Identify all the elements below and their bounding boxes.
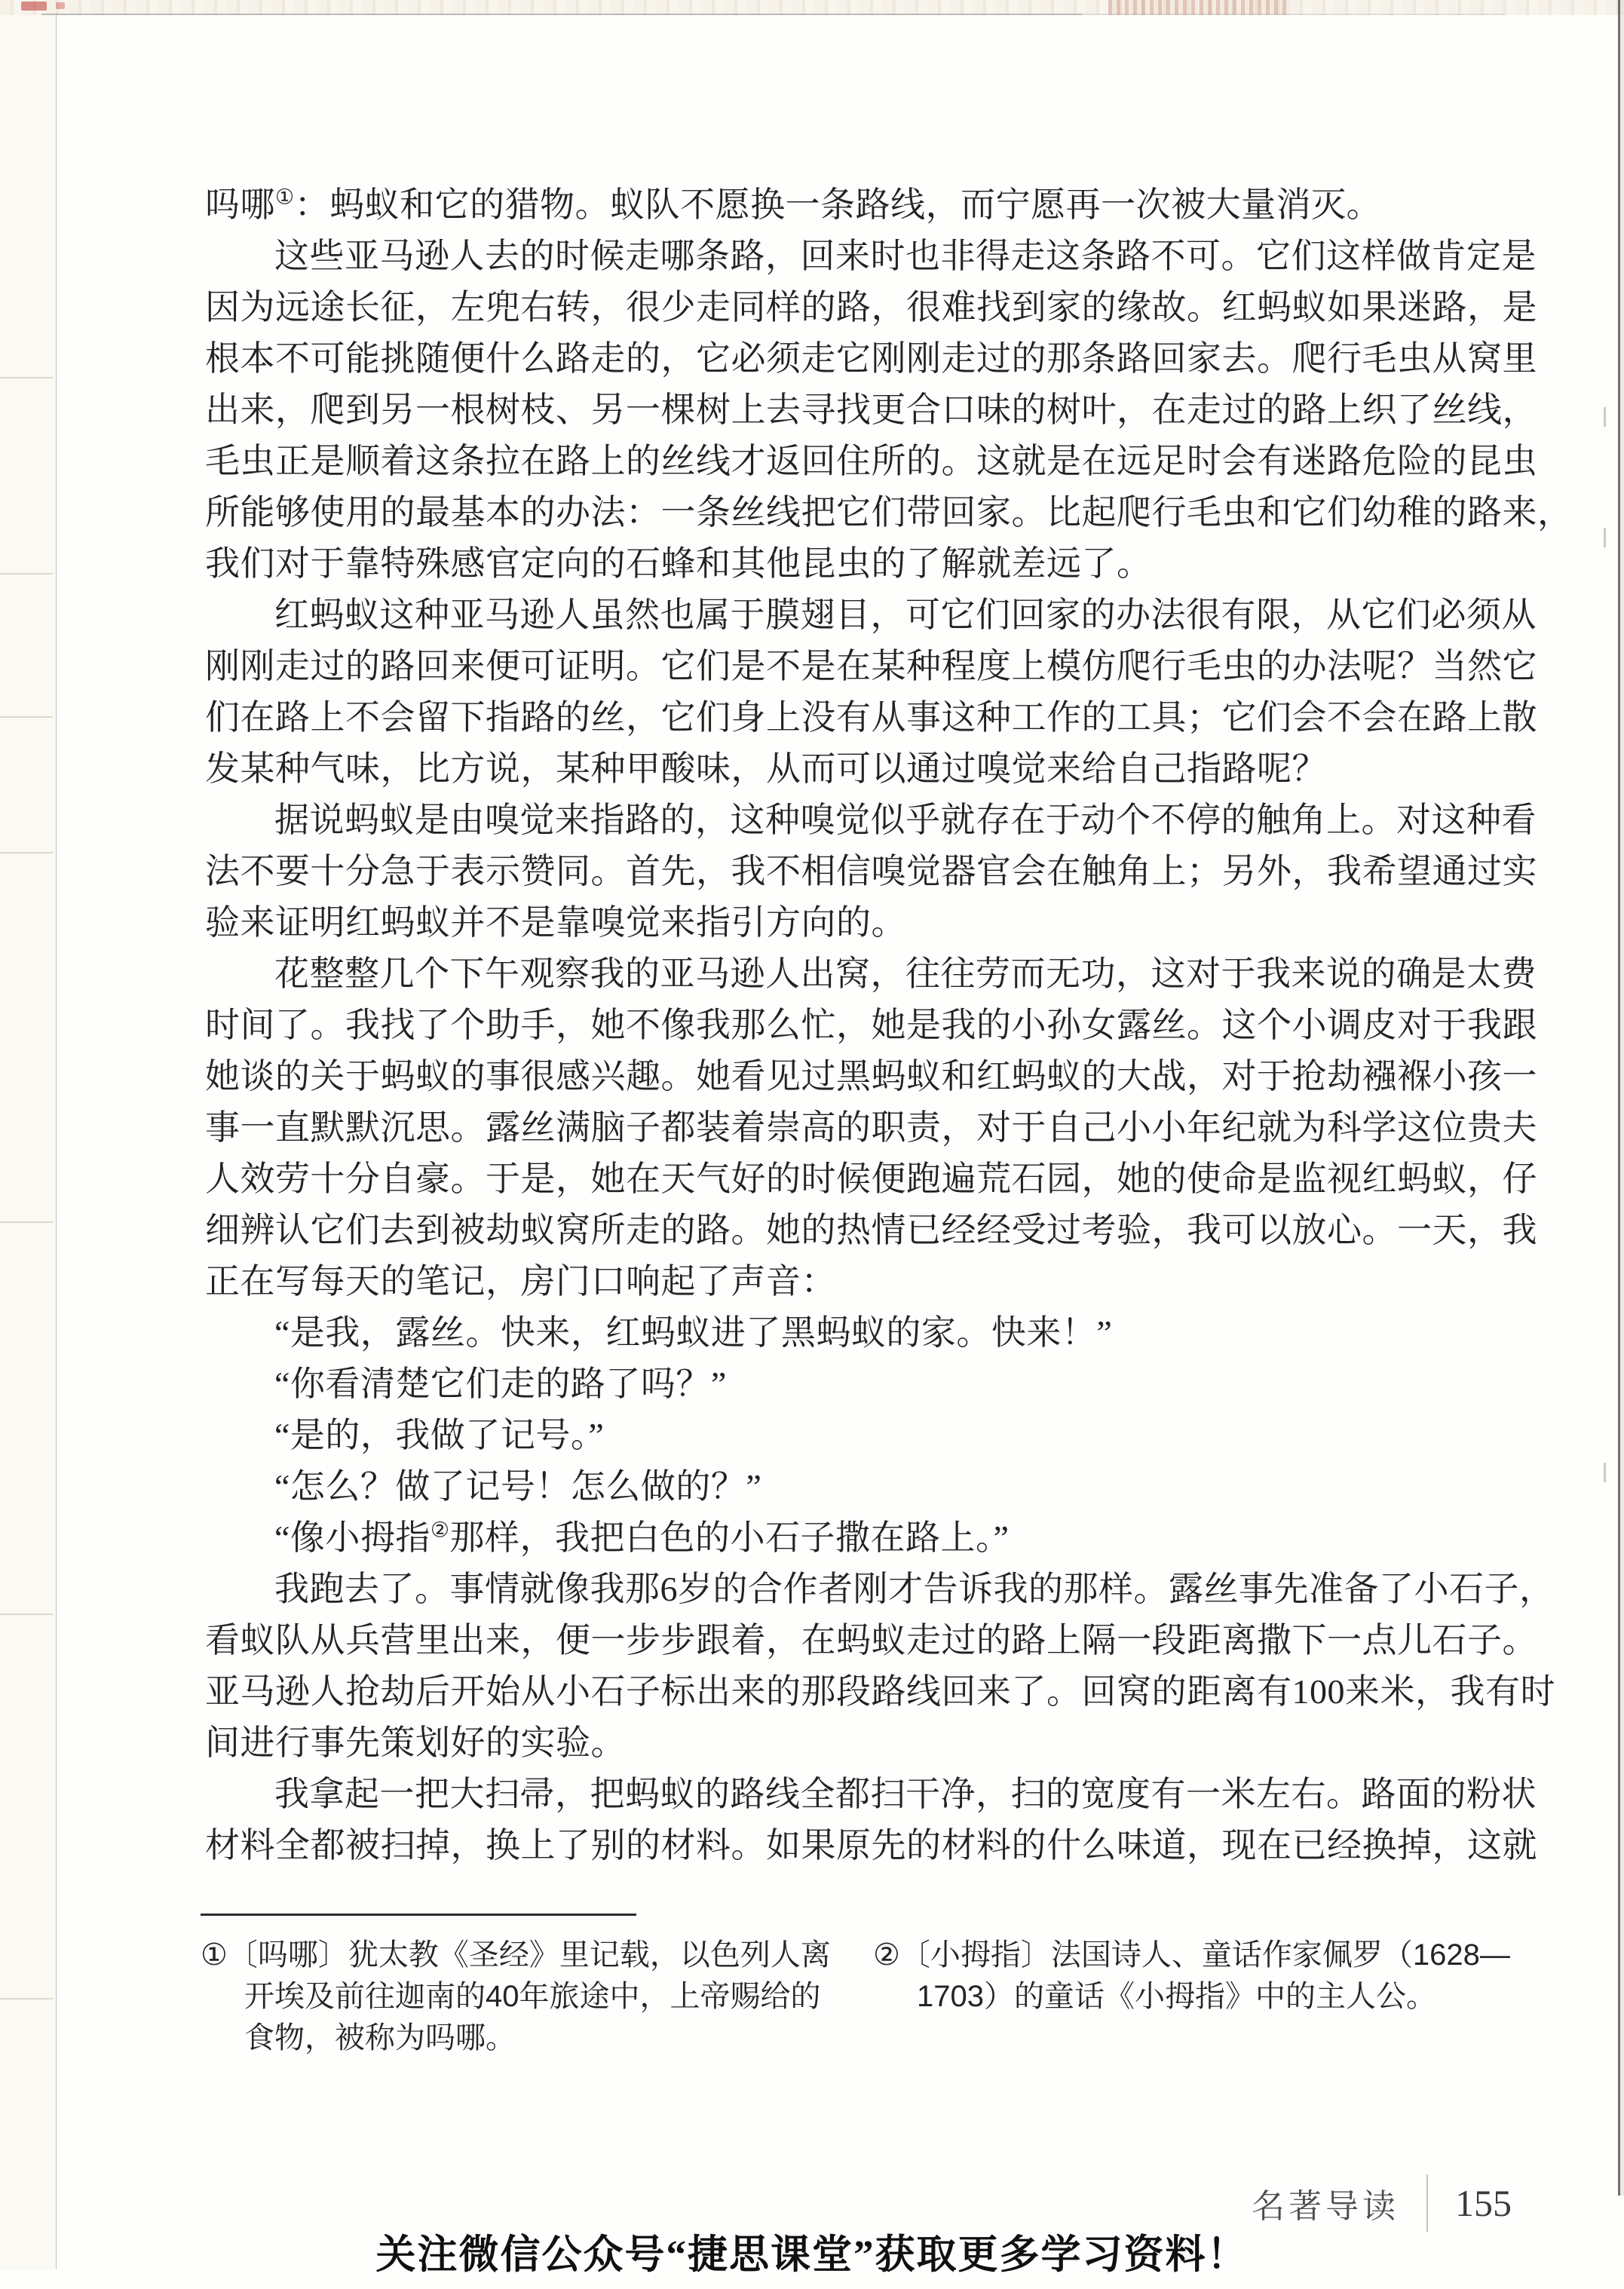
text-line: 细辨认它们去到被劫蚁窝所走的路。她的热情已经经受过考验，我可以放心。一天，我 bbox=[205, 1205, 1532, 1256]
scan-red-mark-small bbox=[56, 2, 65, 9]
text-line: “你看清楚它们走的路了吗？” bbox=[205, 1359, 1532, 1410]
text-line: 亚马逊人抢劫后开始从小石子标出来的那段路线回来了。回窝的距离有100来米，我有时 bbox=[205, 1666, 1532, 1718]
text-line: 红蚂蚁这种亚马逊人虽然也属于膜翅目，可它们回家的办法很有限，从它们必须从 bbox=[205, 590, 1532, 641]
text-line: 正在写每天的笔记，房门口响起了声音： bbox=[205, 1256, 1532, 1307]
text-line: 根本不可能挑随便什么路走的，它必须走它刚刚走过的那条路回家去。爬行毛虫从窝里 bbox=[205, 333, 1532, 385]
scan-top-rule bbox=[41, 14, 1082, 15]
text-line: 这些亚马逊人去的时候走哪条路，回来时也非得走这条路不可。它们这样做肯定是 bbox=[205, 231, 1532, 282]
scan-edge-left bbox=[0, 15, 57, 2269]
text-line: 看蚁队从兵营里出来，便一步步跟着，在蚂蚁走过的路上隔一段距离撒下一点儿石子。 bbox=[205, 1615, 1532, 1666]
text-line: “是的，我做了记号。” bbox=[205, 1410, 1532, 1461]
scan-left-mark bbox=[0, 377, 53, 378]
page-number: 155 bbox=[1455, 2181, 1512, 2225]
text-line: 验来证明红蚂蚁并不是靠嗅觉来指引方向的。 bbox=[205, 897, 1532, 948]
text-line: 刚刚走过的路回来便可证明。它们是不是在某种程度上模仿爬行毛虫的办法呢？当然它 bbox=[205, 641, 1532, 692]
text-line: 花整整几个下午观察我的亚马逊人出窝，往往劳而无功，这对于我来说的确是太费 bbox=[205, 948, 1532, 1000]
scan-red-mark bbox=[21, 2, 47, 11]
page-edge-line bbox=[1618, 0, 1620, 2196]
text-line: 材料全都被扫掉，换上了别的材料。如果原先的材料的什么味道，现在已经换掉，这就 bbox=[205, 1820, 1532, 1871]
text-line: 她谈的关于蚂蚁的事很感兴趣。她看见过黑蚂蚁和红蚂蚁的大战，对于抢劫襁褓小孩一 bbox=[205, 1051, 1532, 1102]
scan-left-mark bbox=[0, 852, 53, 853]
scan-left-mark bbox=[0, 1998, 53, 1999]
scan-edge-top bbox=[0, 0, 1624, 15]
scan-left-mark bbox=[0, 1221, 53, 1223]
body-text: 吗哪①：蚂蚁和它的猎物。蚁队不愿换一条路线，而宁愿再一次被大量消灭。这些亚马逊人… bbox=[205, 179, 1532, 1871]
text-line: 因为远途长征，左兜右转，很少走同样的路，很难找到家的缘故。红蚂蚁如果迷路，是 bbox=[205, 282, 1532, 333]
watermark-text: 关注微信公众号“捷思课堂”获取更多学习资料！ bbox=[0, 2223, 1624, 2280]
text-line: 出来，爬到另一根树枝、另一棵树上去寻找更合口味的树叶，在走过的路上织了丝线， bbox=[205, 385, 1532, 436]
scan-right-dash bbox=[1604, 528, 1606, 547]
scan-top-rule-faint bbox=[1082, 14, 1504, 15]
scan-left-mark bbox=[0, 573, 53, 575]
footnote-line: 1703）的童话《小拇指》中的主人公。 bbox=[873, 1976, 1567, 2018]
footnote-ref: ② bbox=[431, 1519, 450, 1543]
text-line: 吗哪①：蚂蚁和它的猎物。蚁队不愿换一条路线，而宁愿再一次被大量消灭。 bbox=[205, 179, 1532, 231]
scan-edge-right bbox=[1620, 0, 1624, 2196]
footnote-line: 开埃及前往迦南的40年旅途中，上帝赐给的 bbox=[201, 1976, 864, 2018]
footnote: ②〔小拇指〕法国诗人、童话作家佩罗（1628—1703）的童话《小拇指》中的主人… bbox=[873, 1935, 1567, 2018]
scan-right-dash bbox=[1604, 407, 1606, 427]
text-line: 间进行事先策划好的实验。 bbox=[205, 1718, 1532, 1769]
footer-section-label: 名著导读 bbox=[1252, 2179, 1399, 2227]
text-line: 时间了。我找了个助手，她不像我那么忙，她是我的小孙女露丝。这个小调皮对于我跟 bbox=[205, 1000, 1532, 1051]
footnote-separator bbox=[201, 1914, 636, 1916]
text-line: 人效劳十分自豪。于是，她在天气好的时候便跑遍荒石园，她的使命是监视红蚂蚁，仔 bbox=[205, 1154, 1532, 1205]
text-line: 所能够使用的最基本的办法：一条丝线把它们带回家。比起爬行毛虫和它们幼稚的路来， bbox=[205, 487, 1532, 538]
scanned-book-page: 吗哪①：蚂蚁和它的猎物。蚁队不愿换一条路线，而宁愿再一次被大量消灭。这些亚马逊人… bbox=[0, 0, 1624, 2289]
scan-edge-top-tint bbox=[1108, 0, 1289, 15]
text-line: 事一直默默沉思。露丝满脑子都装着崇高的职责，对于自己小小年纪就为科学这位贵夫 bbox=[205, 1102, 1532, 1154]
text-line: “怎么？做了记号！怎么做的？” bbox=[205, 1461, 1532, 1512]
footnote-line: ①〔吗哪〕犹太教《圣经》里记载，以色列人离 bbox=[201, 1935, 864, 1976]
text-line: 我拿起一把大扫帚，把蚂蚁的路线全都扫干净，扫的宽度有一米左右。路面的粉状 bbox=[205, 1769, 1532, 1820]
scan-right-dash bbox=[1604, 1463, 1606, 1482]
text-line: “是我，露丝。快来，红蚂蚁进了黑蚂蚁的家。快来！” bbox=[205, 1307, 1532, 1359]
text-line: 我跑去了。事情就像我那6岁的合作者刚才告诉我的那样。露丝事先准备了小石子， bbox=[205, 1564, 1532, 1615]
footnote-ref: ① bbox=[275, 186, 295, 210]
footnote: ①〔吗哪〕犹太教《圣经》里记载，以色列人离开埃及前往迦南的40年旅途中，上帝赐给… bbox=[201, 1935, 864, 2059]
text-line: 毛虫正是顺着这条拉在路上的丝线才返回住所的。这就是在远足时会有迷路危险的昆虫 bbox=[205, 436, 1532, 487]
scan-left-mark bbox=[0, 1613, 53, 1615]
text-line: 法不要十分急于表示赞同。首先，我不相信嗅觉器官会在触角上；另外，我希望通过实 bbox=[205, 846, 1532, 897]
footnote-line: ②〔小拇指〕法国诗人、童话作家佩罗（1628— bbox=[873, 1935, 1567, 1976]
text-line: 我们对于靠特殊感官定向的石蜂和其他昆虫的了解就差远了。 bbox=[205, 538, 1532, 590]
text-line: 据说蚂蚁是由嗅觉来指路的，这种嗅觉似乎就存在于动个不停的触角上。对这种看 bbox=[205, 795, 1532, 846]
scan-left-mark bbox=[0, 716, 53, 718]
footnote-line: 食物，被称为吗哪。 bbox=[201, 2018, 864, 2059]
text-line: “像小拇指②那样，我把白色的小石子撒在路上。” bbox=[205, 1512, 1532, 1564]
text-line: 们在路上不会留下指路的丝，它们身上没有从事这种工作的工具；它们会不会在路上散 bbox=[205, 692, 1532, 743]
text-line: 发某种气味，比方说，某种甲酸味，从而可以通过嗅觉来给自己指路呢？ bbox=[205, 743, 1532, 795]
